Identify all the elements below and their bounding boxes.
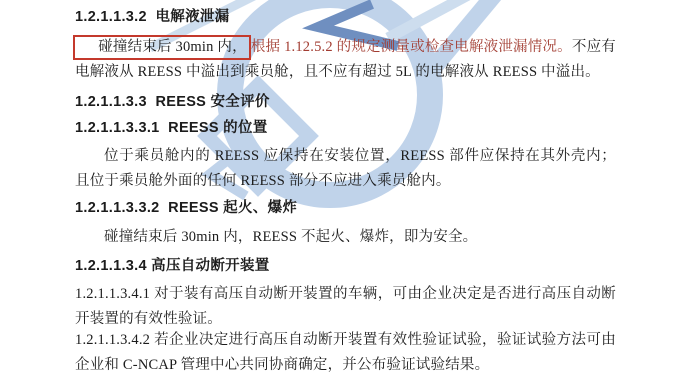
heading-reess-position: 1.2.1.1.3.3.1 REESS 的位置 — [75, 116, 616, 141]
document-page: 1.2.1.1.3.2 电解液泄漏 碰撞结束后 30min 内，根据 1.12.… — [0, 0, 674, 378]
paragraph-hv-disconnect-3341: 1.2.1.1.3.4.1 对于装有高压自动断开装置的车辆，可由企业决定是否进行… — [75, 282, 616, 332]
paragraph-hv-disconnect-3342: 1.2.1.1.3.4.2 若企业决定进行高压自动断开装置有效性验证试验，验证试… — [75, 328, 616, 378]
paragraph-reess-position: 位于乘员舱内的 REESS 应保持在安装位置，REESS 部件应保持在其外壳内；… — [75, 144, 616, 194]
document-content: 1.2.1.1.3.2 电解液泄漏 碰撞结束后 30min 内，根据 1.12.… — [0, 0, 674, 378]
red-annotation-box: 碰撞结束后 30min 内， — [73, 35, 251, 60]
heading-reess-safety-evaluation: 1.2.1.1.3.3 REESS 安全评价 — [75, 90, 616, 115]
heading-reess-fire-explosion: 1.2.1.1.3.3.2 REESS 起火、爆炸 — [75, 196, 616, 221]
heading-electrolyte-leakage: 1.2.1.1.3.2 电解液泄漏 — [75, 5, 616, 30]
paragraph-electrolyte-leakage: 碰撞结束后 30min 内，根据 1.12.5.2 的规定测量或检查电解液泄漏情… — [75, 35, 616, 85]
red-highlighted-text: 根据 1.12.5.2 的规定测量或检查电解液泄漏情况。 — [251, 39, 572, 55]
heading-hv-auto-disconnect: 1.2.1.1.3.4 高压自动断开装置 — [75, 254, 616, 279]
paragraph-reess-fire-explosion: 碰撞结束后 30min 内，REESS 不起火、爆炸，即为安全。 — [75, 225, 616, 250]
